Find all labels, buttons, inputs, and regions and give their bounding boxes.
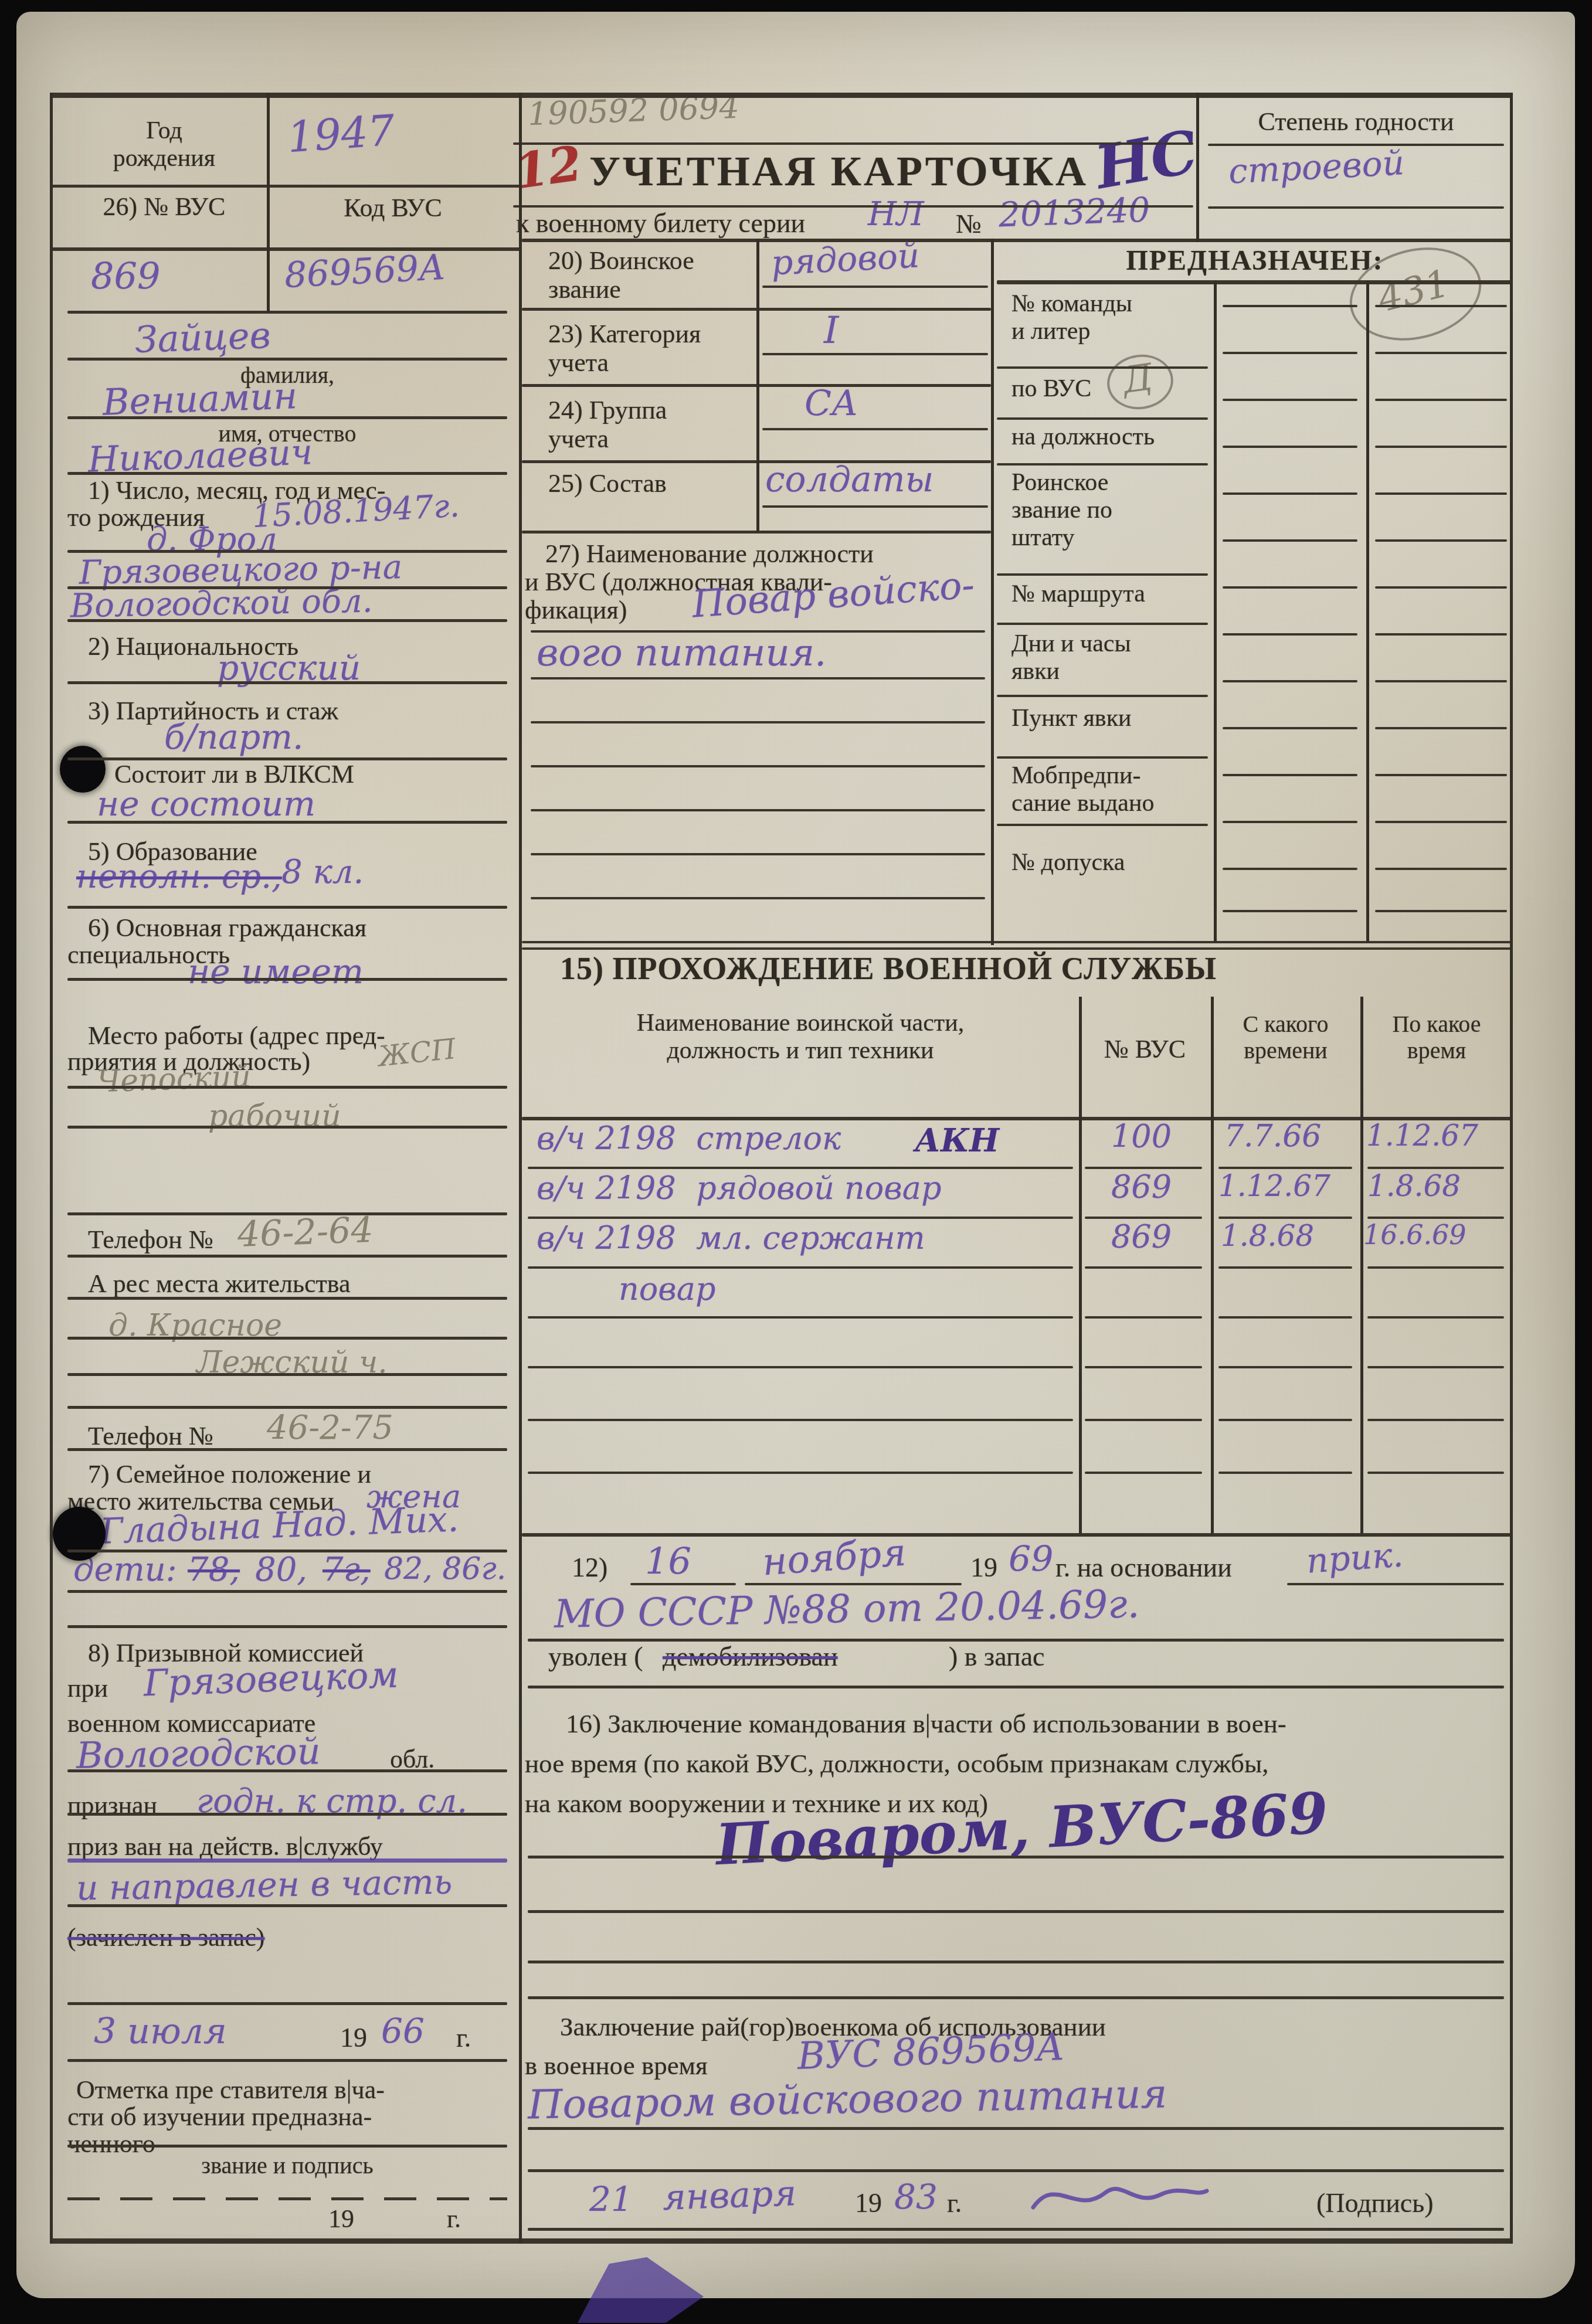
service-row-to: 1.12.67 <box>1366 1121 1478 1150</box>
commissar-line-2: в военное время <box>525 2051 708 2080</box>
border-line <box>1196 93 1199 242</box>
name-value: Вениамин <box>102 378 298 421</box>
rule-line <box>528 2228 1504 2231</box>
rule-line <box>997 280 1513 284</box>
family-label-1: 7) Семейное положение и <box>88 1460 371 1489</box>
service-col-vus: № ВУС <box>1082 1035 1208 1064</box>
rule-line <box>1367 1316 1504 1319</box>
rule-line <box>1208 206 1504 209</box>
group-value: СА <box>805 386 858 421</box>
rule-line <box>528 1910 1504 1913</box>
rule-line <box>531 809 985 811</box>
discharge-year: 69 <box>1009 1542 1053 1577</box>
rule-line <box>1287 1583 1504 1585</box>
ticket-number-sign: № <box>956 209 982 239</box>
rule-line <box>997 623 1208 625</box>
rule-line <box>1223 305 1357 307</box>
rule-line <box>762 286 988 288</box>
border-line <box>1366 280 1369 943</box>
rule-line <box>528 1217 1073 1219</box>
rule-line <box>1367 1266 1504 1269</box>
rule-line <box>528 1996 1504 1999</box>
rule-line <box>997 417 1208 420</box>
rule-line <box>67 2059 507 2062</box>
rule-line <box>1367 1217 1504 1219</box>
vus-code-value: 869569А <box>284 250 446 293</box>
staff-label: 25) Состав <box>548 469 751 498</box>
rule-line <box>1218 1217 1352 1219</box>
rule-line <box>67 1373 507 1376</box>
specialty-label-1: 6) Основная гражданская <box>88 913 366 942</box>
workplace-label-1: Место работы (адрес пред- <box>88 1021 385 1050</box>
group-label: 24) Группа учета <box>548 396 751 454</box>
rule-line <box>528 1167 1073 1169</box>
ink-strike-line <box>67 1858 507 1863</box>
rule-line <box>522 239 1513 242</box>
rule-line <box>67 1126 507 1129</box>
rule-line <box>528 1316 1073 1319</box>
ink-mark-ns: НС <box>1091 122 1202 198</box>
discharge-basis-label: г. на основании <box>1055 1552 1232 1583</box>
fitness-degree-value: строевой <box>1228 145 1406 189</box>
rule-line <box>528 1961 1504 1963</box>
rule-line <box>1085 1217 1202 1219</box>
assigned-row-team-label: № команды и литер <box>1011 290 1228 345</box>
party-value: б/парт. <box>164 720 303 754</box>
rule-line <box>997 695 1208 697</box>
rule-line <box>1223 399 1357 401</box>
conclusion-line-2: ное время (по какой ВУС, должности, особ… <box>525 1749 1268 1778</box>
service-row-from: 1.12.67 <box>1218 1171 1330 1201</box>
rule-line <box>528 1639 1504 1642</box>
workplace-note: ЖСП <box>377 1035 457 1071</box>
border-line <box>519 93 522 2244</box>
rule-line <box>531 853 985 855</box>
birth-place-3: Вологодской обл. <box>70 585 373 623</box>
rule-line <box>67 1550 507 1552</box>
category-value: I <box>824 312 839 349</box>
discharge-order: МО СССР №88 от 20.04.69г. <box>554 1585 1140 1633</box>
rule-line <box>1223 821 1357 823</box>
rule-line <box>1367 1472 1504 1474</box>
discharge-released-pre: уволен ( <box>548 1642 643 1672</box>
border-line <box>1214 280 1217 943</box>
rep-mark-label-1: Отметка пре ставителя в|ча- <box>76 2075 385 2104</box>
service-row-vus: 100 <box>1111 1121 1172 1153</box>
workplace-value-1: Чепоский <box>96 1061 252 1097</box>
rule-line <box>1367 1419 1504 1421</box>
called-label: приз ван на действ. в|службу <box>67 1832 383 1861</box>
rule-line <box>1375 539 1507 542</box>
commissar-month: января <box>662 2176 797 2216</box>
rule-line <box>67 1448 507 1451</box>
card-index-number: 12 <box>512 139 585 196</box>
service-row-unit: в/ч 2198 мл. сержант <box>537 1222 925 1254</box>
draft-label-2: при <box>67 1674 108 1703</box>
rule-line <box>1085 1472 1202 1474</box>
rule-line <box>528 1686 1504 1688</box>
signature-label: (Подпись) <box>1316 2188 1434 2218</box>
rule-line <box>1223 492 1357 495</box>
assigned-row-position-label: на должность <box>1011 423 1228 451</box>
rule-line <box>1085 1419 1202 1421</box>
rule-line <box>522 1117 1513 1120</box>
rule-line <box>762 353 988 355</box>
rule-line <box>1223 446 1357 448</box>
rule-line <box>1223 680 1357 682</box>
service-row-vus: 869 <box>1111 1171 1172 1203</box>
rule-line <box>528 2127 1504 2130</box>
card-title: УЧЕТНАЯ КАРТОЧКА <box>589 148 1088 195</box>
rule-line <box>67 1625 507 1628</box>
rule-line <box>1223 910 1357 912</box>
rule-line <box>67 1337 507 1340</box>
rule-line <box>1218 1167 1352 1169</box>
rule-line <box>1375 868 1507 870</box>
discharge-month: ноября <box>761 1534 907 1582</box>
service-col-to: По какое время <box>1363 1011 1510 1064</box>
phone2-value: 46-2-75 <box>267 1412 393 1445</box>
rule-line <box>67 1255 507 1258</box>
rule-line <box>1375 774 1507 776</box>
rule-line <box>1218 1266 1352 1269</box>
enlist-date-year: 66 <box>381 2014 425 2048</box>
enlist-date-printed: 19 <box>340 2023 367 2053</box>
children-value-struck-1: 78, <box>188 1554 240 1586</box>
rule-line <box>1085 1366 1202 1368</box>
border-line <box>267 93 270 312</box>
rule-line <box>762 505 988 508</box>
rule-line <box>67 2002 507 2005</box>
rule-line <box>531 897 985 899</box>
assigned-row-access-label: № допуска <box>1011 849 1228 876</box>
rule-line <box>67 550 507 553</box>
rule-line <box>1085 1316 1202 1319</box>
rank-label: 20) Воинское звание <box>548 246 751 304</box>
rule-line <box>1223 352 1357 354</box>
rule-line <box>50 247 522 251</box>
rule-line <box>67 1212 507 1215</box>
border-line <box>756 239 759 532</box>
rule-line <box>745 1583 962 1585</box>
rule-line <box>67 978 507 981</box>
staff-value: солдаты <box>765 462 934 497</box>
rule-line <box>1375 821 1507 823</box>
vus-number-value: 869 <box>91 258 160 294</box>
children-value-4: 82, 86г. <box>384 1554 506 1584</box>
fitness-degree-label: Степень годности <box>1208 107 1504 136</box>
commissar-value: Поваром войскового питания <box>527 2074 1167 2125</box>
position-label-3: фикация) <box>525 596 627 624</box>
rule-line <box>67 1406 507 1409</box>
commissar-vus-value: ВУС 869569А <box>797 2029 1065 2075</box>
service-col-from: С какого времени <box>1214 1011 1357 1064</box>
service-section-title: 15) ПРОХОЖДЕНИЕ ВОЕННОЙ СЛУЖБЫ <box>560 951 1217 986</box>
border-line <box>991 239 994 945</box>
rule-line <box>67 757 507 760</box>
scanned-military-card: { "header":{ "birth_label":"Год\nрождени… <box>0 0 1592 2324</box>
conclusion-line-1: 16) Заключение командования в|части об и… <box>566 1709 1287 1738</box>
phone1-value: 46-2-64 <box>237 1212 374 1252</box>
service-row-unit-cont: повар <box>619 1273 715 1305</box>
service-row-to: 16.6.69 <box>1363 1221 1467 1248</box>
address-label: А рес места жительства <box>88 1269 350 1298</box>
rule-line <box>528 1266 1073 1269</box>
birth-year-label: Год рождения <box>67 117 261 172</box>
rule-line <box>67 1813 507 1816</box>
assigned-row-mob-label: Мобпредпи- сание выдано <box>1011 762 1228 817</box>
rule-line <box>67 1904 507 1907</box>
rule-line <box>1375 910 1507 912</box>
rep-mark-label-2: сти об изучении предназна- <box>67 2102 372 2131</box>
border-line <box>1079 997 1082 1533</box>
rule-line <box>513 142 1193 145</box>
rule-line <box>1223 539 1357 542</box>
assigned-row-point-label: Пункт явки <box>1011 705 1228 732</box>
service-col-unit: Наименование воинской части, должность и… <box>528 1010 1073 1065</box>
rule-line <box>67 1086 507 1089</box>
rule-line <box>531 721 985 723</box>
rule-line <box>522 941 1513 943</box>
rule-line <box>528 1419 1073 1421</box>
komsomol-value: не состоит <box>97 787 315 821</box>
position-value-2: вого питания. <box>537 634 826 672</box>
pencil-d-mark: Д <box>1121 359 1155 399</box>
enlist-date-day: 3 июля <box>94 2014 227 2049</box>
service-row-to: 1.8.68 <box>1367 1171 1461 1201</box>
footer-year-printed: 19 <box>328 2204 354 2233</box>
rule-line <box>67 586 507 589</box>
rule-line <box>50 185 522 188</box>
ticket-series-value: НЛ <box>868 198 924 231</box>
rule-line <box>630 1583 736 1585</box>
rule-line <box>67 2145 507 2148</box>
rule-line <box>1223 774 1357 776</box>
commissar-year-g: г. <box>947 2188 962 2218</box>
rule-line <box>997 573 1208 576</box>
assigned-row-days-label: Дни и часы явки <box>1011 630 1228 685</box>
rank-signature-label: звание и подпись <box>67 2153 507 2179</box>
rule-line <box>1223 868 1357 870</box>
position-label-1: 27) Наименование должности <box>545 539 874 568</box>
discharge-basis: прик. <box>1305 1537 1404 1578</box>
rule-line <box>67 1297 507 1300</box>
service-row-from: 1.8.68 <box>1221 1221 1314 1251</box>
rule-line <box>1208 144 1504 146</box>
rule-line <box>1218 1472 1352 1474</box>
draft-place-value: Грязовецком <box>143 1656 399 1701</box>
discharge-day: 16 <box>645 1543 691 1579</box>
rule-line <box>1218 1419 1352 1421</box>
hole-punch-bottom <box>53 1507 106 1561</box>
dashed-rule-line <box>67 2197 507 2200</box>
rule-line <box>67 1769 507 1772</box>
specialty-value: не имеет <box>188 954 364 988</box>
rule-line <box>997 366 1208 369</box>
rule-line <box>67 311 507 314</box>
phone2-label: Телефон № <box>88 1422 213 1450</box>
service-row-from: 7.7.66 <box>1224 1121 1321 1151</box>
rule-line <box>1375 727 1507 729</box>
children-value-struck-3: 7г, <box>323 1554 371 1586</box>
service-row-unit: в/ч 2198 стрелок <box>537 1123 841 1154</box>
rule-line <box>1367 1366 1504 1368</box>
card-subtitle: к военному билету серии <box>516 208 805 239</box>
rule-line <box>67 906 507 909</box>
education-value: 8 кл. <box>281 856 364 889</box>
rule-line <box>762 428 988 430</box>
border-line <box>1510 93 1513 2244</box>
rule-line <box>1085 1167 1202 1169</box>
rule-line <box>528 1856 1504 1858</box>
service-row-unit: в/ч 2198 рядовой повар <box>537 1173 942 1204</box>
rule-line <box>50 2238 1513 2244</box>
rule-line <box>531 630 985 633</box>
discharge-released-struck: демобилизован <box>663 1642 838 1672</box>
service-row-vus: 869 <box>1111 1221 1172 1253</box>
border-line <box>1360 997 1363 1533</box>
rule-line <box>522 947 1513 950</box>
signature-mark <box>1026 2166 1214 2225</box>
rule-line <box>997 756 1208 759</box>
rule-line <box>1375 633 1507 636</box>
border-line <box>1211 997 1214 1533</box>
rule-line <box>522 1533 1513 1537</box>
rule-line <box>1223 633 1357 636</box>
rule-line <box>1218 1366 1352 1368</box>
reserve-struck-label: (зачислен в запас) <box>67 1923 264 1952</box>
rule-line <box>528 2169 1504 2172</box>
footer-year-g: г. <box>447 2204 461 2233</box>
rule-line <box>67 681 507 684</box>
children-value-2: 80, <box>255 1554 307 1586</box>
commissar-day: 21 <box>589 2182 633 2216</box>
rule-line <box>1375 680 1507 682</box>
rule-line <box>1218 1316 1352 1319</box>
hole-punch-top <box>60 746 106 793</box>
birth-year-value: 1947 <box>286 109 396 159</box>
rank-value: рядовой <box>770 238 921 280</box>
rule-line <box>531 765 985 767</box>
rule-line <box>528 1472 1073 1474</box>
education-struck-value: неполн. ср., <box>76 861 282 893</box>
border-line <box>50 93 53 2244</box>
rule-line <box>1375 446 1507 448</box>
rule-line <box>1085 1266 1202 1269</box>
rule-line <box>1375 305 1507 307</box>
discharge-year-printed: 19 <box>970 1552 997 1583</box>
commissar-year-printed: 19 <box>855 2188 882 2218</box>
rule-line <box>67 821 507 824</box>
category-label: 23) Категория учета <box>548 320 751 378</box>
rule-line <box>1375 492 1507 495</box>
rule-line <box>67 416 507 419</box>
rule-line <box>1223 586 1357 589</box>
nationality-value: русский <box>217 651 361 685</box>
ticket-number-value: 2013240 <box>998 193 1150 232</box>
vus-code-label: Код ВУС <box>276 193 510 222</box>
surname-value: Зайцев <box>134 317 271 358</box>
rule-line <box>67 472 507 475</box>
rule-line <box>513 205 1193 208</box>
patronymic-value: Николаевич <box>87 434 313 477</box>
rule-line <box>67 619 507 622</box>
draft-region-value: Вологодской <box>76 1733 321 1773</box>
commissar-year: 83 <box>894 2180 938 2214</box>
rule-line <box>997 463 1208 466</box>
assigned-row-route-label: № маршрута <box>1011 580 1228 608</box>
rule-line <box>67 1590 507 1593</box>
rule-line <box>1375 399 1507 401</box>
service-row-unit-extra: АКН <box>915 1124 999 1156</box>
vus-number-label: 26) № ВУС <box>65 192 264 221</box>
rule-line <box>531 677 985 679</box>
assigned-row-rank-label: Роинское звание по штату <box>1011 469 1228 552</box>
called-handwritten: и направлен в часть <box>76 1864 453 1905</box>
rule-line <box>997 824 1208 826</box>
rule-line <box>1223 727 1357 729</box>
enlist-date-g: г. <box>456 2023 471 2053</box>
phone1-label: Телефон № <box>88 1225 213 1254</box>
rule-line <box>528 1366 1073 1368</box>
discharge-released-post: ) в запас <box>949 1642 1044 1672</box>
discharge-no: 12) <box>572 1552 607 1583</box>
rule-line <box>1375 586 1507 589</box>
rule-line <box>1375 352 1507 354</box>
rule-line <box>1367 1167 1504 1169</box>
rule-line <box>67 358 507 361</box>
